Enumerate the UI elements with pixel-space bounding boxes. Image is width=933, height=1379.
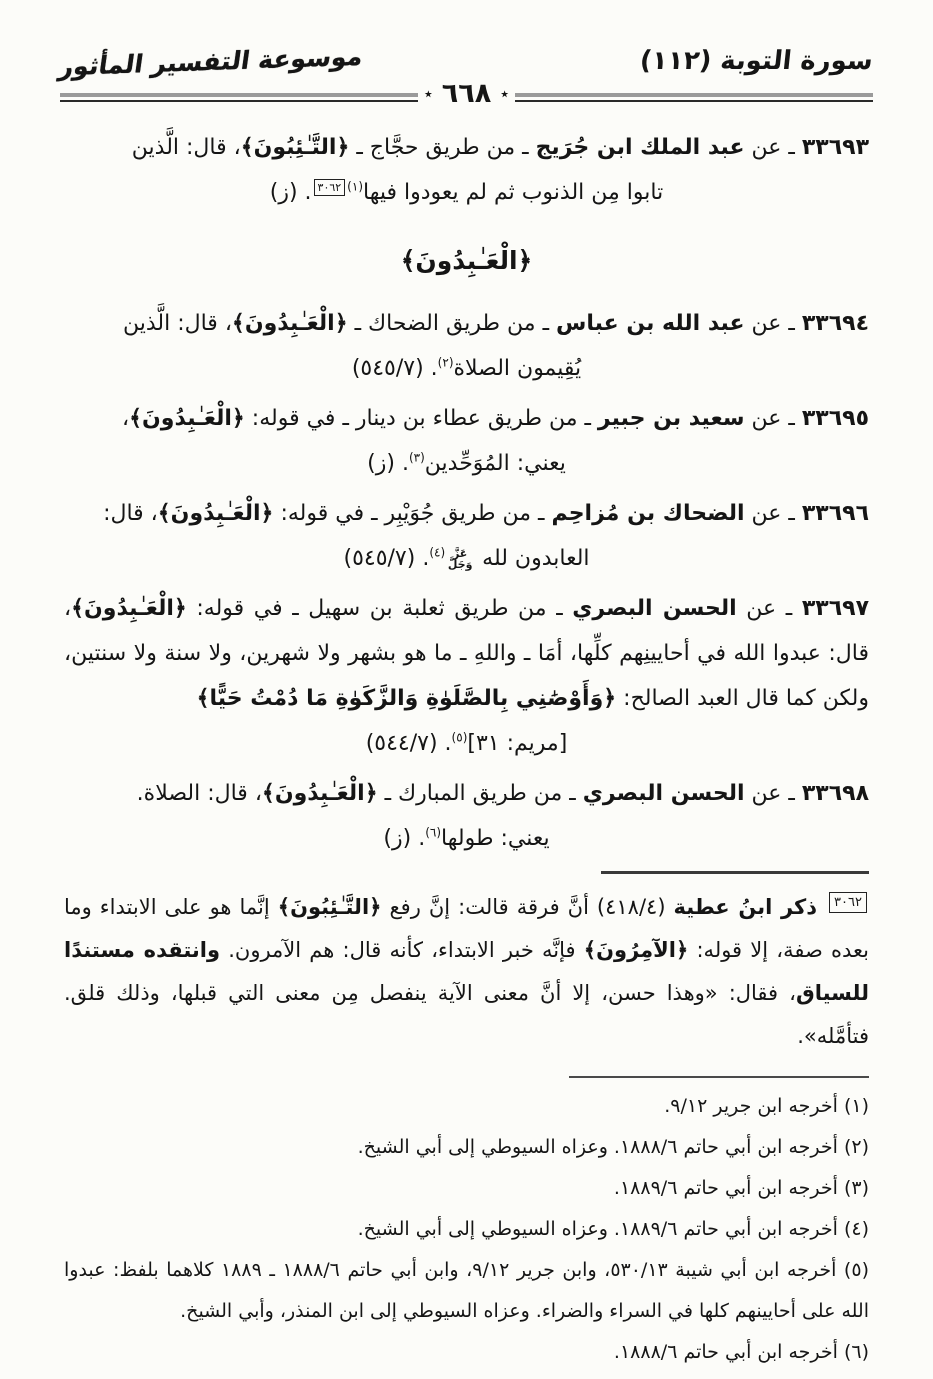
text-segment: ـ من طريق الضحاك ـ: [348, 311, 556, 336]
quran-quote: ﴿التَّـٰئِبُونَ﴾: [241, 135, 350, 160]
footnotes-section: (١) أخرجه ابن جرير ٩/١٢.(٢) أخرجه ابن أب…: [64, 1086, 869, 1373]
text-segment: ـ عن: [745, 406, 802, 431]
footnote-1: (١) أخرجه ابن جرير ٩/١٢.: [64, 1086, 869, 1127]
text-segment: ـ عن: [745, 781, 802, 806]
text-segment: (٤١٨/٤) أنَّ فرقة قالت: إنَّ رفع: [381, 895, 673, 919]
entry-tail: تابوا مِن الذنوب ثم لم يعودوا فيها(١)٣٠٦…: [64, 170, 869, 215]
cross-ref-box: ٣٠٦٢: [829, 892, 867, 913]
narrator-name: ٣٣٦٩٤: [802, 311, 869, 336]
text-segment: العابدون لله: [475, 546, 589, 571]
narrator-name: الحسن البصري: [572, 596, 736, 621]
narration-entry-3: ٣٣٦٩٥ ـ عن سعيد بن جبير ـ من طريق عطاء ب…: [64, 396, 869, 486]
narrator-name: ٣٣٦٩٧: [802, 596, 869, 621]
commentary-note: ٣٠٦٢ ذكر ابنُ عطية (٤١٨/٤) أنَّ فرقة قال…: [64, 886, 869, 1058]
header-rule-row: ٭ ٦٦٨ ٭: [60, 86, 873, 109]
entry-body: ٣٣٦٩٦ ـ عن الضحاك بن مُزاحِم ـ من طريق ج…: [64, 491, 869, 536]
footnote-6: (٦) أخرجه ابن أبي حاتم ١٨٨٨/٦.: [64, 1332, 869, 1373]
azza-wajall-mark: عَزَّ وَجَلَّ: [445, 548, 475, 570]
entry-tail: [مريم: ٣١](٥). (٥٤٤/٧): [64, 721, 869, 766]
text-segment: . (٥٤٤/٧): [366, 731, 452, 756]
footnote-2: (٢) أخرجه ابن أبي حاتم ١٨٨٨/٦. وعزاه الس…: [64, 1127, 869, 1168]
footnote-marker: (٥): [452, 731, 468, 745]
footnote-marker: (١): [347, 180, 363, 194]
quran-quote: ﴿التَّـٰئِبُونَ﴾: [278, 895, 382, 919]
narrator-name: ٣٣٦٩٥: [802, 406, 869, 431]
fleuron-icon: ٭: [424, 84, 433, 103]
text-segment: . (٥٤٥/٧): [352, 356, 438, 381]
entry-tail: العابدون لله عَزَّ وَجَلَّ(٤). (٥٤٥/٧): [64, 536, 869, 581]
text-segment: ، فقال: «وهذا حسن، إلا أنَّ معنى الآية ي…: [64, 981, 869, 1048]
quran-quote: ﴿الْعَـٰبِدُونَ﴾: [129, 406, 245, 431]
header-titles: سورة التوبة (١١٢) موسوعة التفسير المأثور: [60, 46, 873, 76]
page-number-block: ٭ ٦٦٨ ٭: [418, 78, 515, 109]
text-segment: . (ز): [383, 826, 425, 851]
entry-body: ٣٣٦٩٧ ـ عن الحسن البصري ـ من طريق ثعلبة …: [64, 586, 869, 721]
text-segment: يعني: طولها: [441, 826, 550, 851]
footnote-3: (٣) أخرجه ابن أبي حاتم ١٨٨٩/٦.: [64, 1168, 869, 1209]
page-number: ٦٦٨: [442, 78, 491, 109]
narration-entry-5: ٣٣٦٩٧ ـ عن الحسن البصري ـ من طريق ثعلبة …: [64, 586, 869, 766]
header-rule-left: [60, 93, 418, 102]
note-separator: [601, 871, 869, 874]
footnote-marker: (٣): [409, 451, 425, 465]
text-segment: ـ عن: [745, 135, 802, 160]
book-logo: موسوعة التفسير المأثور: [57, 42, 365, 82]
quran-quote: ﴿وَأَوْصَٰنِي بِالصَّلَوٰةِ وَالزَّكَوٰة…: [197, 686, 617, 711]
text-segment: ـ من طريق حجَّاج ـ: [349, 135, 535, 160]
fleuron-icon: ٭: [500, 84, 509, 103]
text-segment: ـ من طريق ثعلبة بن سهيل ـ في قوله:: [187, 596, 572, 621]
narrator-name: الضحاك بن مُزاحِم: [551, 501, 744, 526]
narration-entry-4: ٣٣٦٩٦ ـ عن الضحاك بن مُزاحِم ـ من طريق ج…: [64, 491, 869, 581]
entry-tail: يعني: طولها(٦). (ز): [64, 816, 869, 861]
narration-entry-6: ٣٣٦٩٨ ـ عن الحسن البصري ـ من طريق المبار…: [64, 771, 869, 861]
text-segment: يعني: المُوَحِّدين: [425, 451, 566, 476]
text-segment: ، قال: الَّذين: [123, 311, 232, 336]
narrator-name: الحسن البصري: [583, 781, 745, 806]
text-segment: فإنَّه خبر الابتداء، كأنه قال: هم الآمرو…: [220, 938, 584, 962]
section-heading: ﴿الْعَـٰبِدُونَ﴾: [64, 241, 869, 281]
footnote-marker: (٦): [425, 826, 441, 840]
entry-body: ٣٣٦٩٤ ـ عن عبد الله بن عباس ـ من طريق ال…: [64, 301, 869, 346]
narrator-name: عبد الله بن عباس: [556, 311, 745, 336]
narrator-name: سعيد بن جبير: [598, 406, 745, 431]
text-segment: يُقِيمون الصلاة: [454, 356, 582, 381]
text-segment: ـ عن: [745, 311, 802, 336]
quran-quote: ﴿الْعَـٰبِدُونَ﴾: [158, 501, 274, 526]
quran-quote: ﴿الآمِرُونَ﴾: [584, 938, 689, 962]
text-segment: ـ من طريق جُوَيْبِر ـ في قوله:: [273, 501, 551, 526]
narration-entry-2: ٣٣٦٩٤ ـ عن عبد الله بن عباس ـ من طريق ال…: [64, 301, 869, 391]
page-header: سورة التوبة (١١٢) موسوعة التفسير المأثور…: [0, 0, 933, 109]
entry-tail: يُقِيمون الصلاة(٢). (٥٤٥/٧): [64, 346, 869, 391]
entry-body: ٣٣٦٩٣ ـ عن عبد الملك ابن جُرَيج ـ من طري…: [64, 125, 869, 170]
text-segment: تابوا مِن الذنوب ثم لم يعودوا فيها: [363, 180, 663, 205]
text-segment: ، قال:: [103, 501, 158, 526]
entry-body: ٣٣٦٩٨ ـ عن الحسن البصري ـ من طريق المبار…: [64, 771, 869, 816]
text-segment: ـ عن: [737, 596, 802, 621]
text-segment: ـ من طريق المبارك ـ: [378, 781, 583, 806]
header-rule-right: [515, 93, 873, 102]
narration-entries: ٣٣٦٩٣ ـ عن عبد الملك ابن جُرَيج ـ من طري…: [64, 125, 869, 861]
text-segment: ، قال: الَّذين: [132, 135, 241, 160]
narrator-name: ٣٣٦٩٨: [802, 781, 869, 806]
narrator-name: عبد الملك ابن جُرَيج: [536, 135, 745, 160]
narrator-name: ذكر ابنُ عطية: [674, 895, 817, 919]
narrator-name: ٣٣٦٩٣: [802, 135, 869, 160]
book-page: سورة التوبة (١١٢) موسوعة التفسير المأثور…: [0, 0, 933, 1379]
entry-body: ٣٣٦٩٥ ـ عن سعيد بن جبير ـ من طريق عطاء ب…: [64, 396, 869, 441]
text-segment: . (ز): [270, 180, 312, 205]
footnote-5: (٥) أخرجه ابن أبي شيبة ٥٣٠/١٣، وابن جرير…: [64, 1250, 869, 1332]
surah-title: سورة التوبة (١١٢): [639, 46, 875, 76]
quran-quote: ﴿الْعَـٰبِدُونَ﴾: [232, 311, 348, 336]
text-segment: . (ز): [367, 451, 409, 476]
text-segment: [مريم: ٣١]: [467, 731, 567, 756]
footnote-4: (٤) أخرجه ابن أبي حاتم ١٨٨٩/٦. وعزاه الس…: [64, 1209, 869, 1250]
text-segment: ، قال: الصلاة.: [137, 781, 262, 806]
text-segment: ـ من طريق عطاء بن دينار ـ في قوله:: [245, 406, 598, 431]
cross-ref-box: ٣٠٦٢: [314, 179, 346, 196]
footnote-separator: [569, 1076, 869, 1078]
quran-quote: ﴿الْعَـٰبِدُونَ﴾: [71, 596, 187, 621]
quran-quote: ﴿الْعَـٰبِدُونَ﴾: [262, 781, 378, 806]
text-segment: ـ عن: [745, 501, 802, 526]
narrator-name: ٣٣٦٩٦: [802, 501, 869, 526]
page-content: ٣٣٦٩٣ ـ عن عبد الملك ابن جُرَيج ـ من طري…: [0, 109, 933, 1373]
footnote-marker: (٢): [438, 356, 454, 370]
text-segment: . (٥٤٥/٧): [343, 546, 429, 571]
footnote-marker: (٤): [429, 546, 445, 560]
entry-tail: يعني: المُوَحِّدين(٣). (ز): [64, 441, 869, 486]
narration-entry-0: ٣٣٦٩٣ ـ عن عبد الملك ابن جُرَيج ـ من طري…: [64, 125, 869, 215]
